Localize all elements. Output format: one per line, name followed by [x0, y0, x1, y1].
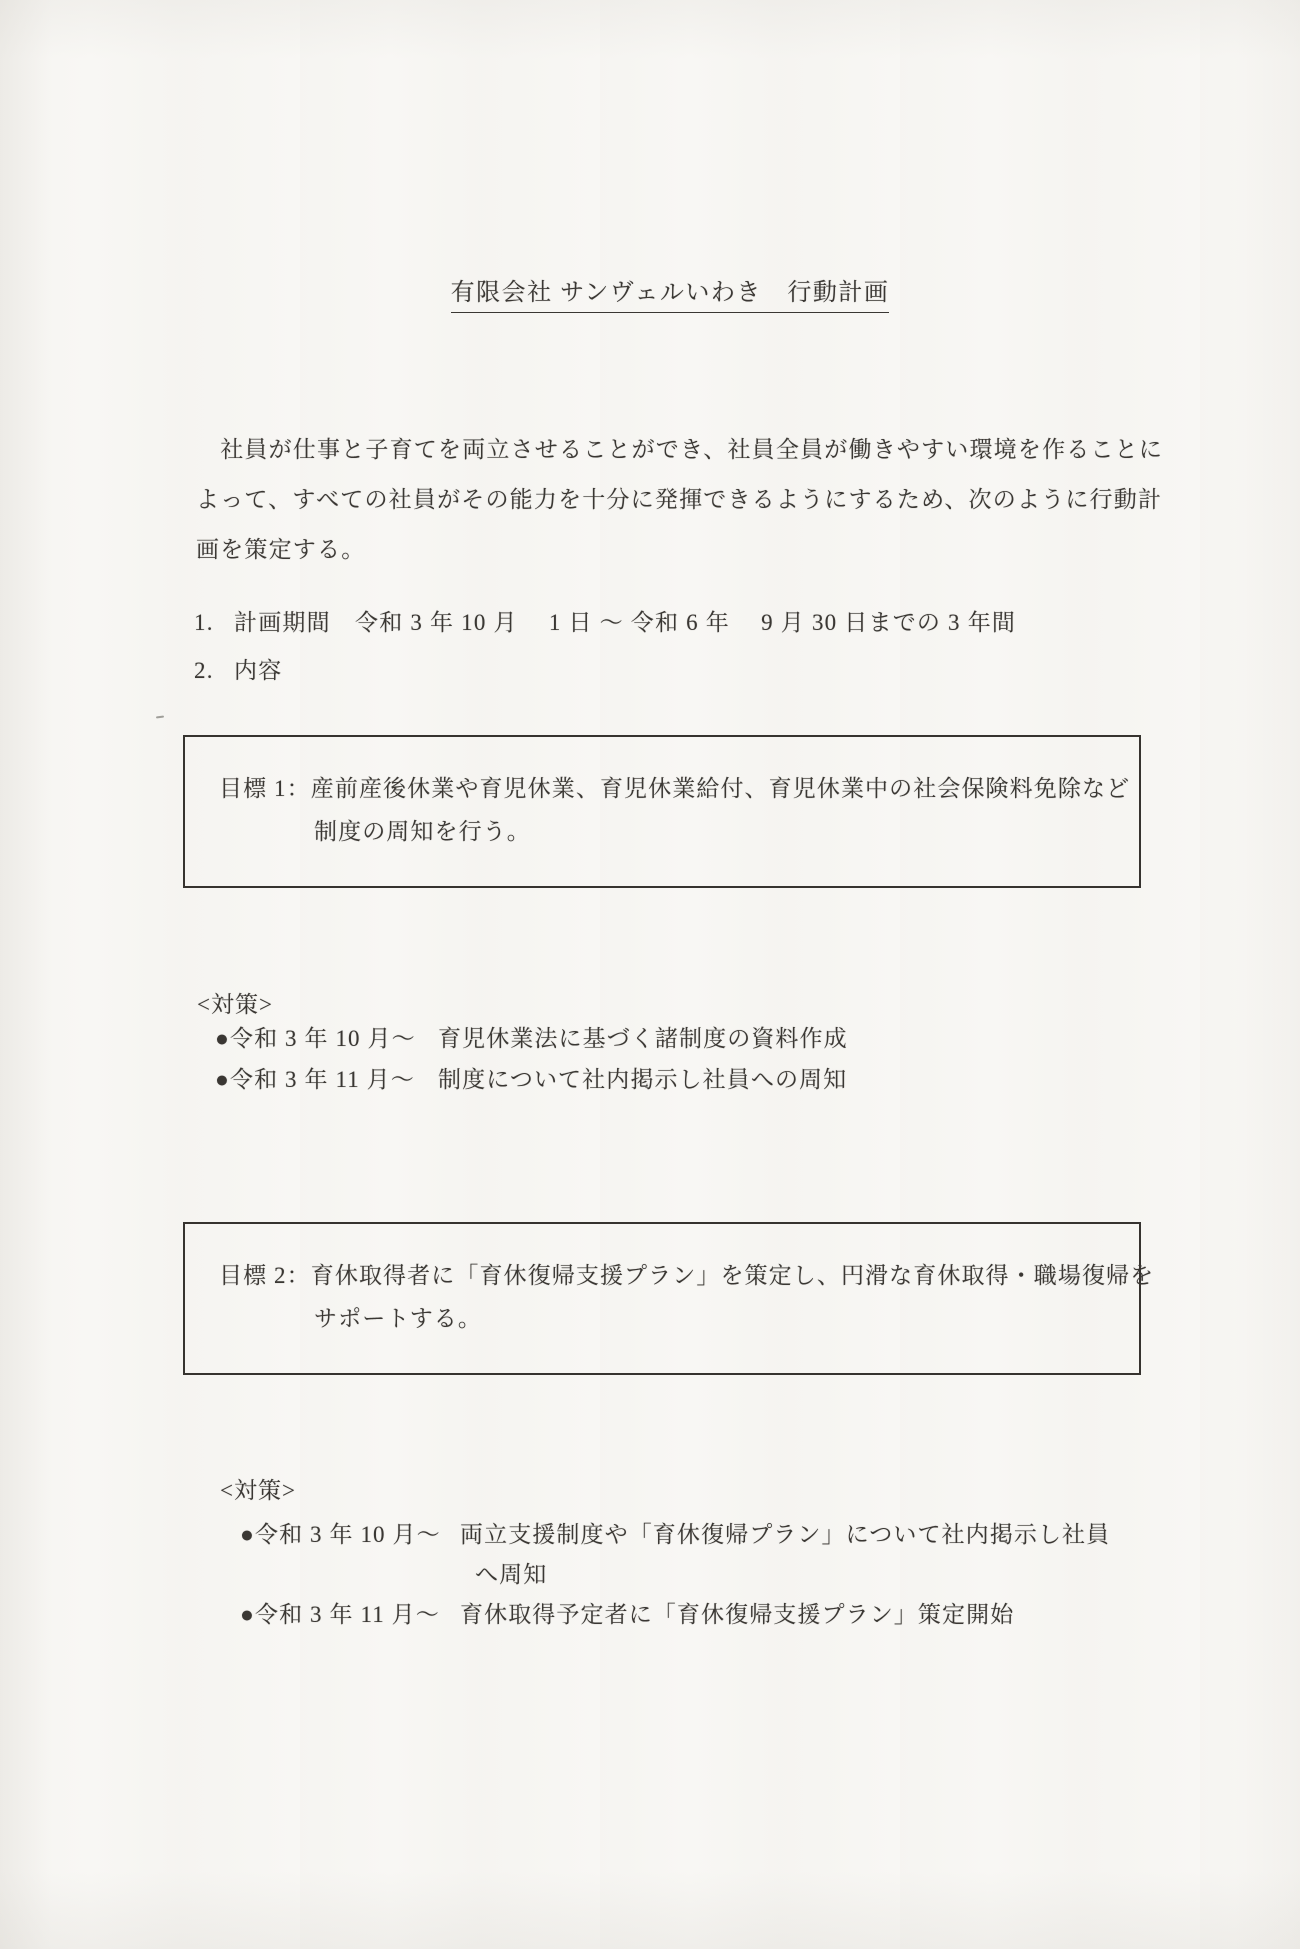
goal-2-box: 目標 2：育休取得者に「育休復帰支援プラン」を策定し、円滑な育休取得・職場復帰を…: [183, 1222, 1141, 1375]
numbered-item-plan-period: 1.計画期間 令和 3 年 10 月 1 日 ～ 令和 6 年 9 月 30 日…: [194, 604, 1016, 637]
intro-paragraph: 社員が仕事と子育てを両立させることができ、社員全員が働きやすい環境を作ることに …: [196, 425, 1156, 575]
goal-2-measures-label: <対策>: [220, 1472, 296, 1505]
measure-text-block: 両立支援制度や「育休復帰プラン」について社内掲示し社員 へ周知: [460, 1516, 1110, 1593]
goal-1-measures-label: <対策>: [197, 986, 273, 1019]
goal-1-measure-row: ●令和 3 年 11 月～ 制度について社内掲示し社員への周知: [215, 1061, 847, 1098]
measure-date: ●令和 3 年 11 月～: [240, 1596, 460, 1633]
item-text: 内容: [234, 658, 282, 683]
goal-2-measure-row: ●令和 3 年 11 月～ 育休取得予定者に「育休復帰支援プラン」策定開始: [240, 1596, 1014, 1633]
intro-line: よって、すべての社員がその能力を十分に発揮できるようにするため、次のように行動計: [196, 475, 1156, 525]
measure-text: 育休取得予定者に「育休復帰支援プラン」策定開始: [460, 1596, 1014, 1633]
measure-text-continuation: へ周知: [475, 1556, 1110, 1593]
goal-1-box: 目標 1：産前産後休業や育児休業、育児休業給付、育児休業中の社会保険料免除など …: [183, 735, 1141, 888]
document-title-wrap: 有限会社 サンヴェルいわき 行動計画: [40, 272, 1300, 313]
numbered-item-contents: 2.内容: [194, 652, 282, 685]
measure-text: 制度について社内掲示し社員への周知: [438, 1061, 847, 1098]
document-title: 有限会社 サンヴェルいわき 行動計画: [451, 272, 890, 313]
item-number: 2.: [194, 658, 234, 684]
measure-date: ●令和 3 年 10 月～: [240, 1516, 460, 1553]
measure-text: 両立支援制度や「育休復帰プラン」について社内掲示し社員: [460, 1516, 1110, 1553]
item-number: 1.: [194, 610, 234, 636]
goal-2-measure-row: ●令和 3 年 10 月～ 両立支援制度や「育休復帰プラン」について社内掲示し社…: [240, 1516, 1110, 1593]
intro-line: 画を策定する。: [196, 525, 1156, 575]
goal-2-text-line-2: サポートする。: [314, 1300, 482, 1333]
goal-1-text-line-1: 目標 1：産前産後休業や育児休業、育児休業給付、育児休業中の社会保険料免除など: [219, 770, 1130, 803]
goal-2-text-line-1: 目標 2：育休取得者に「育休復帰支援プラン」を策定し、円滑な育休取得・職場復帰を: [219, 1257, 1154, 1290]
scanned-document-page: 有限会社 サンヴェルいわき 行動計画 社員が仕事と子育てを両立させることができ、…: [0, 0, 1300, 1949]
intro-line: 社員が仕事と子育てを両立させることができ、社員全員が働きやすい環境を作ることに: [196, 425, 1156, 475]
stray-scan-mark: [156, 715, 164, 718]
goal-1-measure-row: ●令和 3 年 10 月～ 育児休業法に基づく諸制度の資料作成: [215, 1020, 848, 1057]
measure-date: ●令和 3 年 11 月～: [215, 1061, 438, 1098]
item-text: 計画期間 令和 3 年 10 月 1 日 ～ 令和 6 年 9 月 30 日まで…: [234, 610, 1016, 635]
measure-text: 育児休業法に基づく諸制度の資料作成: [438, 1020, 848, 1057]
measure-date: ●令和 3 年 10 月～: [215, 1020, 438, 1057]
goal-1-text-line-2: 制度の周知を行う。: [314, 813, 531, 846]
